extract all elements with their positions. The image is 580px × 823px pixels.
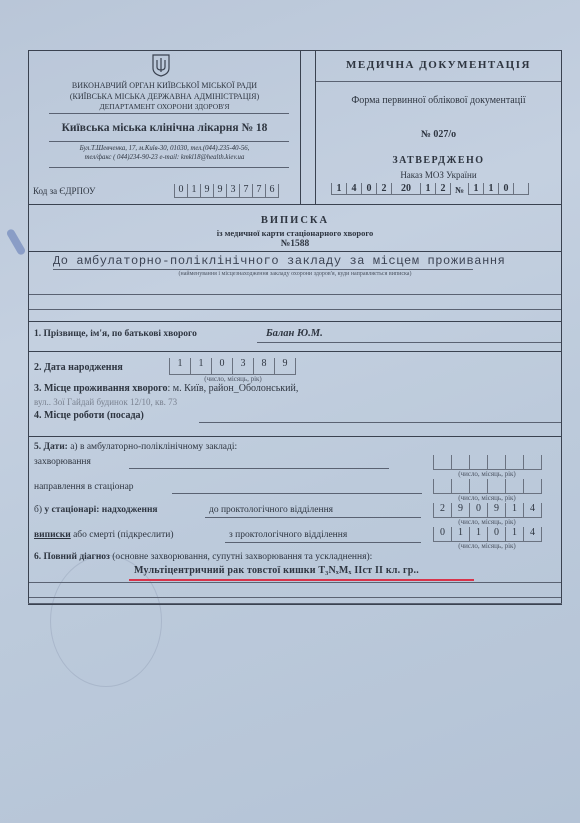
admission-caption: (число, місяць, рік) (433, 518, 541, 526)
blank-line (29, 309, 561, 310)
ink-mark (6, 228, 27, 256)
divider (49, 113, 289, 114)
digit-box: 8 (253, 358, 274, 374)
residence-row: 3. Місце проживання хворого: м. Київ, ра… (34, 383, 298, 394)
digit-box: 2 (376, 183, 391, 194)
discharge-caption: (число, місяць, рік) (433, 542, 541, 550)
illness-caption: (число, місяць, рік) (433, 470, 541, 478)
dates-outpatient: а) в амбулаторно-поліклінічному закладі: (68, 442, 237, 452)
name-line (257, 342, 561, 343)
digit-box: 9 (274, 358, 296, 374)
digit-box: 0 (433, 527, 451, 541)
order-no-label: № (455, 185, 464, 195)
digit-box: 0 (487, 527, 505, 541)
discharge-rest: або смерті (підкреслити) (71, 530, 174, 540)
hospital-address-1: Бул.Т.Шевченка, 17, м.Київ-30, 01030, те… (29, 145, 300, 152)
digit-box: 9 (213, 184, 226, 197)
admission-value: до проктологічного відділення (209, 505, 333, 515)
digit-box (451, 479, 469, 493)
illness-label: захворювання (34, 457, 91, 467)
digit-box: 1 (469, 527, 487, 541)
digit-box: 1 (331, 183, 346, 194)
hospital-name: Київська міська клінічна лікарня № 18 (29, 122, 300, 134)
destination-caption: (найменування і місцезнаходження закладу… (29, 271, 561, 277)
dob-label: 2. Дата народження (34, 362, 123, 373)
diagnosis-hint: (основне захворювання, супутні захворюва… (110, 552, 372, 562)
digit-box: 4 (346, 183, 361, 194)
medical-docs-title: МЕДИЧНА ДОКУМЕНТАЦІЯ (316, 59, 561, 71)
order-reference: 14022012 № 110 (331, 183, 529, 195)
edrpou-code-boxes: 01993776 (174, 184, 279, 198)
header-right-rule (316, 81, 561, 82)
digit-box: 1 (468, 183, 483, 194)
hospital-address-2: тел/факс ( 044)234-90-23 e-mail: kmkl18@… (29, 154, 300, 161)
digit-box: 4 (523, 503, 542, 517)
digit-box (505, 479, 523, 493)
digit-box: 7 (252, 184, 265, 197)
digit-box: 0 (361, 183, 376, 194)
document-subtitle: із медичної карти стаціонарного хворого (29, 228, 561, 238)
admission-label: у стаціонарі: надходження (44, 505, 157, 515)
destination-value: До амбулаторно-поліклінічного закладу за… (53, 254, 505, 268)
referral-label: направлення в стаціонар (34, 482, 134, 492)
digit-box: 0 (469, 503, 487, 517)
header-bottom-rule (29, 204, 561, 205)
digit-box: 1 (187, 184, 200, 197)
digit-box: 9 (200, 184, 213, 197)
digit-box: 1 (169, 358, 190, 374)
digit-box (523, 479, 542, 493)
diagnosis-value: Мультіцентричний рак товстої кишки T₃NₓM… (134, 565, 419, 576)
order-label: Наказ МОЗ України (316, 170, 561, 180)
document-title: ВИПИСКА (29, 215, 561, 226)
discharge-value: з проктологічного відділення (229, 530, 347, 540)
admission-line (205, 517, 421, 518)
title-rule (29, 251, 561, 252)
digit-box (451, 455, 469, 469)
diagnosis-label: 6. Повний діагноз (34, 552, 110, 562)
dates-label: 5. Дати: (34, 442, 68, 452)
blank-line (29, 582, 561, 583)
digit-box: 3 (232, 358, 253, 374)
blank-line (29, 294, 561, 295)
diagnosis-row: 6. Повний діагноз (основне захворювання,… (34, 552, 372, 562)
digit-box (469, 455, 487, 469)
digit-box: 1 (505, 503, 523, 517)
digit-box: 1 (483, 183, 498, 194)
order-number-boxes: 110 (468, 183, 529, 195)
discharge-label: виписки (34, 530, 71, 540)
blank-line (28, 603, 562, 604)
digit-box: 9 (451, 503, 469, 517)
discharge-line (225, 542, 421, 543)
digit-box: 1 (505, 527, 523, 541)
residence-address: вул.. Зої Гайдай будинок 12/10, кв. 73 (34, 397, 177, 407)
digit-box (433, 479, 451, 493)
referral-date-boxes (433, 479, 542, 494)
digit-box: 2 (435, 183, 451, 194)
digit-box: 0 (174, 184, 187, 197)
digit-box: 7 (239, 184, 252, 197)
edrpou-label: Код за ЄДРПОУ (33, 186, 95, 196)
divider (49, 167, 289, 168)
digit-box (469, 479, 487, 493)
approved-label: ЗАТВЕРДЖЕНО (316, 155, 561, 166)
residence-label: 3. Місце проживання хворого (34, 383, 167, 394)
divider (49, 141, 289, 142)
destination-line (53, 269, 473, 270)
section-rule (29, 436, 561, 437)
referral-line (172, 493, 422, 494)
patient-name-label: 1. Прізвище, ім'я, по батькові хворого (34, 329, 197, 339)
digit-box (505, 455, 523, 469)
work-line (199, 422, 561, 423)
digit-box: 4 (523, 527, 542, 541)
digit-box (487, 455, 505, 469)
admission-date-boxes: 290914 (433, 503, 542, 518)
dates-row: 5. Дати: а) в амбулаторно-поліклінічному… (34, 442, 237, 452)
digit-box: 2 (433, 503, 451, 517)
patient-name-value: Балан Ю.М. (266, 328, 323, 339)
referral-caption: (число, місяць, рік) (433, 494, 541, 502)
dob-boxes: 110389 (169, 358, 296, 375)
digit-box: 6 (265, 184, 279, 197)
digit-box (487, 479, 505, 493)
form-number: № 027/о (316, 129, 561, 140)
coat-of-arms-icon (151, 53, 171, 82)
digit-box: 0 (211, 358, 232, 374)
org-line-3: ДЕПАРТАМЕНТ ОХОРОНИ ЗДОРОВ'Я (29, 102, 300, 111)
form-label: Форма первинної облікової документації (316, 95, 561, 106)
section-rule (29, 351, 561, 352)
illness-line (129, 468, 389, 469)
digit-box: 1 (190, 358, 211, 374)
digit-box (513, 183, 529, 194)
header-divider (300, 51, 301, 204)
discharge-form: ВИКОНАВЧИЙ ОРГАН КИЇВСЬКОЇ МІСЬКОЇ РАДИ … (28, 50, 562, 605)
org-line-2: (КИЇВСЬКА МІСЬКА ДЕРЖАВНА АДМІНІСТРАЦІЯ) (29, 92, 300, 101)
section-rule (29, 321, 561, 322)
digit-box: 1 (451, 527, 469, 541)
work-label: 4. Місце роботи (посада) (34, 410, 144, 421)
org-line-1: ВИКОНАВЧИЙ ОРГАН КИЇВСЬКОЇ МІСЬКОЇ РАДИ (29, 81, 300, 90)
digit-box (433, 455, 451, 469)
blank-line (29, 597, 561, 598)
residence-city: : м. Київ, район_Оболонський, (167, 383, 298, 394)
header-divider (315, 51, 316, 204)
discharge-date-boxes: 011014 (433, 527, 542, 542)
discharge-row: виписки або смерті (підкреслити) (34, 530, 173, 540)
digit-box: 0 (498, 183, 513, 194)
dob-caption: (число, місяць, рік) (169, 375, 297, 383)
digit-box: 3 (226, 184, 239, 197)
digit-box: 1 (420, 183, 435, 194)
diagnosis-red-underline (129, 579, 474, 581)
digit-box: 9 (487, 503, 505, 517)
illness-date-boxes (433, 455, 542, 470)
digit-box: 20 (391, 183, 420, 194)
admission-prefix: б) (34, 505, 44, 515)
record-number: №1588 (29, 239, 561, 249)
admission-row: б) у стаціонарі: надходження (34, 505, 158, 515)
order-date-boxes: 14022012 (331, 183, 451, 195)
digit-box (523, 455, 542, 469)
